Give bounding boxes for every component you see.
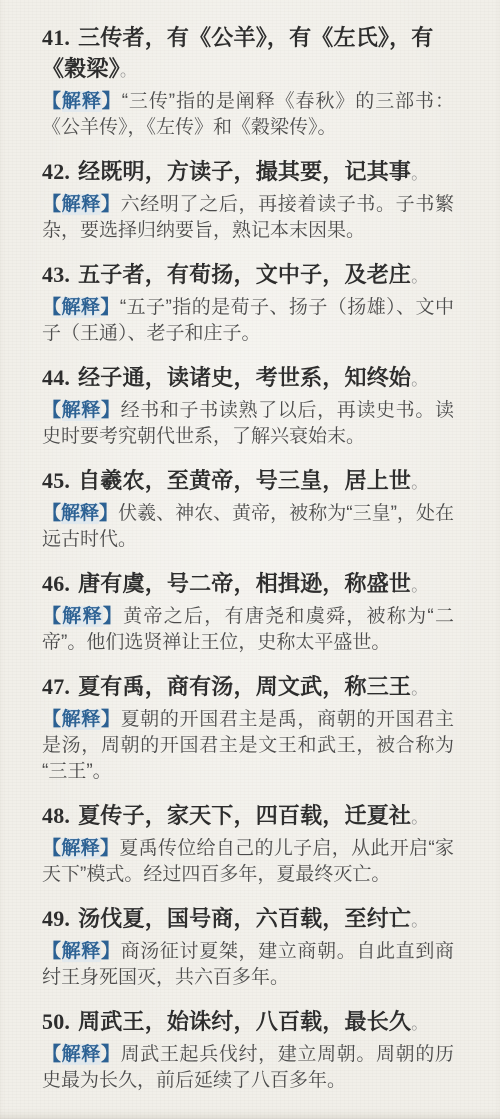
- verse-heading: 41.三传者，有《公羊》，有《左氏》，有《穀梁》。: [42, 22, 454, 86]
- verse-period: 。: [411, 679, 428, 698]
- explanation: 【解释】六经明了之后，再接着读子书。子书繁杂，要选择归纳要旨，熟记本末因果。: [42, 192, 454, 244]
- explain-bracket-open: 【: [42, 503, 61, 524]
- verse-heading: 42.经既明，方读子，撮其要，记其事。: [42, 156, 454, 189]
- verse-period: 。: [120, 61, 137, 80]
- explain-bracket-close: 】: [102, 91, 122, 112]
- verse-item: 43.五子者，有荀扬，文中子，及老庄。 【解释】“五子”指的是荀子、扬子（扬雄）…: [42, 259, 454, 347]
- item-number: 44.: [42, 362, 70, 393]
- verse-text: 夏传子，家天下，四百载，迁夏社: [78, 803, 411, 828]
- verse-item: 50.周武王，始诛纣，八百载，最长久。 【解释】周武王起兵伐纣，建立周朝。周朝的…: [42, 1006, 454, 1094]
- verse-period: 。: [411, 808, 428, 827]
- verse-heading: 49.汤伐夏，国号商，六百载，至纣亡。: [42, 903, 454, 936]
- verse-heading: 47.夏有禹，商有汤，周文武，称三王。: [42, 671, 454, 704]
- verse-heading: 48.夏传子，家天下，四百载，迁夏社。: [42, 800, 454, 833]
- explain-bracket-open: 【: [42, 194, 62, 215]
- explain-label: 解释: [62, 400, 101, 421]
- verse-text: 夏有禹，商有汤，周文武，称三王: [78, 674, 411, 699]
- verse-heading: 44.经子通，读诸史，考世系，知终始。: [42, 362, 454, 395]
- verse-item: 48.夏传子，家天下，四百载，迁夏社。 【解释】夏禹传位给自己的儿子启，从此开启…: [42, 800, 454, 888]
- verse-text: 唐有虞，号二帝，相揖逊，称盛世: [78, 571, 411, 596]
- explanation: 【解释】“三传”指的是阐释《春秋》的三部书：《公羊传》，《左传》和《穀梁传》。: [42, 89, 454, 141]
- document-page: { "page": { "background": "#f1efe9", "ve…: [0, 0, 500, 1119]
- explain-bracket-open: 【: [42, 91, 62, 112]
- explain-label: 解释: [62, 941, 101, 962]
- item-number: 49.: [42, 903, 70, 934]
- explanation: 【解释】夏朝的开国君主是禹，商朝的开国君主是汤，周朝的开国君主是文王和武王，被合…: [42, 707, 454, 785]
- explanation: 【解释】商汤征讨夏桀，建立商朝。自此直到商纣王身死国灭，共六百多年。: [42, 939, 454, 991]
- verse-heading: 46.唐有虞，号二帝，相揖逊，称盛世。: [42, 568, 454, 601]
- explain-bracket-close: 】: [101, 709, 121, 730]
- item-number: 50.: [42, 1006, 70, 1037]
- explain-label: 解释: [61, 503, 99, 524]
- item-number: 48.: [42, 800, 70, 831]
- explain-bracket-open: 【: [42, 941, 62, 962]
- explain-label: 解释: [62, 1044, 101, 1065]
- verse-item: 41.三传者，有《公羊》，有《左氏》，有《穀梁》。 【解释】“三传”指的是阐释《…: [42, 22, 454, 141]
- verse-text: 三传者，有《公羊》，有《左氏》，有《穀梁》: [42, 25, 434, 81]
- explain-bracket-close: 】: [101, 400, 121, 421]
- item-number: 45.: [42, 465, 70, 496]
- verse-heading: 43.五子者，有荀扬，文中子，及老庄。: [42, 259, 454, 292]
- verse-item: 42.经既明，方读子，撮其要，记其事。 【解释】六经明了之后，再接着读子书。子书…: [42, 156, 454, 244]
- explanation: 【解释】夏禹传位给自己的儿子启，从此开启“家天下”模式。经过四百多年，夏最终灭亡…: [42, 836, 454, 888]
- verse-text: 自羲农，至黄帝，号三皇，居上世: [78, 468, 411, 493]
- explain-label: 解释: [62, 91, 102, 112]
- explain-label: 解释: [61, 838, 100, 859]
- explanation: 【解释】黄帝之后，有唐尧和虞舜，被称为“二帝”。他们选贤禅让王位，史称太平盛世。: [42, 604, 454, 656]
- verse-text: 汤伐夏，国号商，六百载，至纣亡: [78, 906, 411, 931]
- explanation: 【解释】“五子”指的是荀子、扬子（扬雄）、文中子（王通）、老子和庄子。: [42, 295, 454, 347]
- explain-bracket-open: 【: [42, 297, 61, 318]
- verse-period: 。: [411, 576, 428, 595]
- explain-bracket-close: 】: [99, 503, 118, 524]
- explain-bracket-close: 】: [103, 606, 123, 627]
- verse-period: 。: [411, 164, 428, 183]
- explanation: 【解释】伏羲、神农、黄帝，被称为“三皇”，处在远古时代。: [42, 501, 454, 553]
- item-number: 47.: [42, 671, 70, 702]
- verse-period: 。: [411, 267, 428, 286]
- explain-label: 解释: [62, 709, 101, 730]
- verse-item: 47.夏有禹，商有汤，周文武，称三王。 【解释】夏朝的开国君主是禹，商朝的开国君…: [42, 671, 454, 785]
- explain-bracket-open: 【: [42, 400, 62, 421]
- verse-item: 49.汤伐夏，国号商，六百载，至纣亡。 【解释】商汤征讨夏桀，建立商朝。自此直到…: [42, 903, 454, 991]
- explanation: 【解释】周武王起兵伐纣，建立周朝。周朝的历史最为长久，前后延续了八百多年。: [42, 1042, 454, 1094]
- verse-text: 周武王，始诛纣，八百载，最长久: [78, 1009, 411, 1034]
- item-number: 43.: [42, 259, 70, 290]
- verse-period: 。: [411, 911, 428, 930]
- explain-bracket-close: 】: [101, 941, 121, 962]
- explain-bracket-open: 【: [42, 606, 62, 627]
- explain-bracket-close: 】: [100, 297, 119, 318]
- item-number: 42.: [42, 156, 70, 187]
- explain-bracket-close: 】: [101, 194, 121, 215]
- explanation: 【解释】经书和子书读熟了以后，再读史书。读史时要考究朝代世系，了解兴衰始末。: [42, 398, 454, 450]
- verse-item: 44.经子通，读诸史，考世系，知终始。 【解释】经书和子书读熟了以后，再读史书。…: [42, 362, 454, 450]
- explain-label: 解释: [61, 297, 100, 318]
- explain-bracket-open: 【: [42, 709, 62, 730]
- verse-item: 46.唐有虞，号二帝，相揖逊，称盛世。 【解释】黄帝之后，有唐尧和虞舜，被称为“…: [42, 568, 454, 656]
- explain-bracket-close: 】: [101, 1044, 121, 1065]
- explain-label: 解释: [62, 194, 101, 215]
- item-number: 46.: [42, 568, 70, 599]
- item-number: 41.: [42, 22, 70, 53]
- explain-bracket-open: 【: [42, 1044, 62, 1065]
- explain-label: 解释: [62, 606, 103, 627]
- verse-text: 经子通，读诸史，考世系，知终始: [78, 365, 411, 390]
- verse-text: 五子者，有荀扬，文中子，及老庄: [78, 262, 411, 287]
- verse-period: 。: [411, 370, 428, 389]
- verse-text: 经既明，方读子，撮其要，记其事: [78, 159, 411, 184]
- verse-list: 41.三传者，有《公羊》，有《左氏》，有《穀梁》。 【解释】“三传”指的是阐释《…: [42, 22, 454, 1094]
- explain-bracket-close: 】: [100, 838, 119, 859]
- verse-item: 45.自羲农，至黄帝，号三皇，居上世。 【解释】伏羲、神农、黄帝，被称为“三皇”…: [42, 465, 454, 553]
- verse-heading: 45.自羲农，至黄帝，号三皇，居上世。: [42, 465, 454, 498]
- verse-period: 。: [411, 1014, 428, 1033]
- verse-heading: 50.周武王，始诛纣，八百载，最长久。: [42, 1006, 454, 1039]
- verse-period: 。: [411, 473, 428, 492]
- explain-bracket-open: 【: [42, 838, 61, 859]
